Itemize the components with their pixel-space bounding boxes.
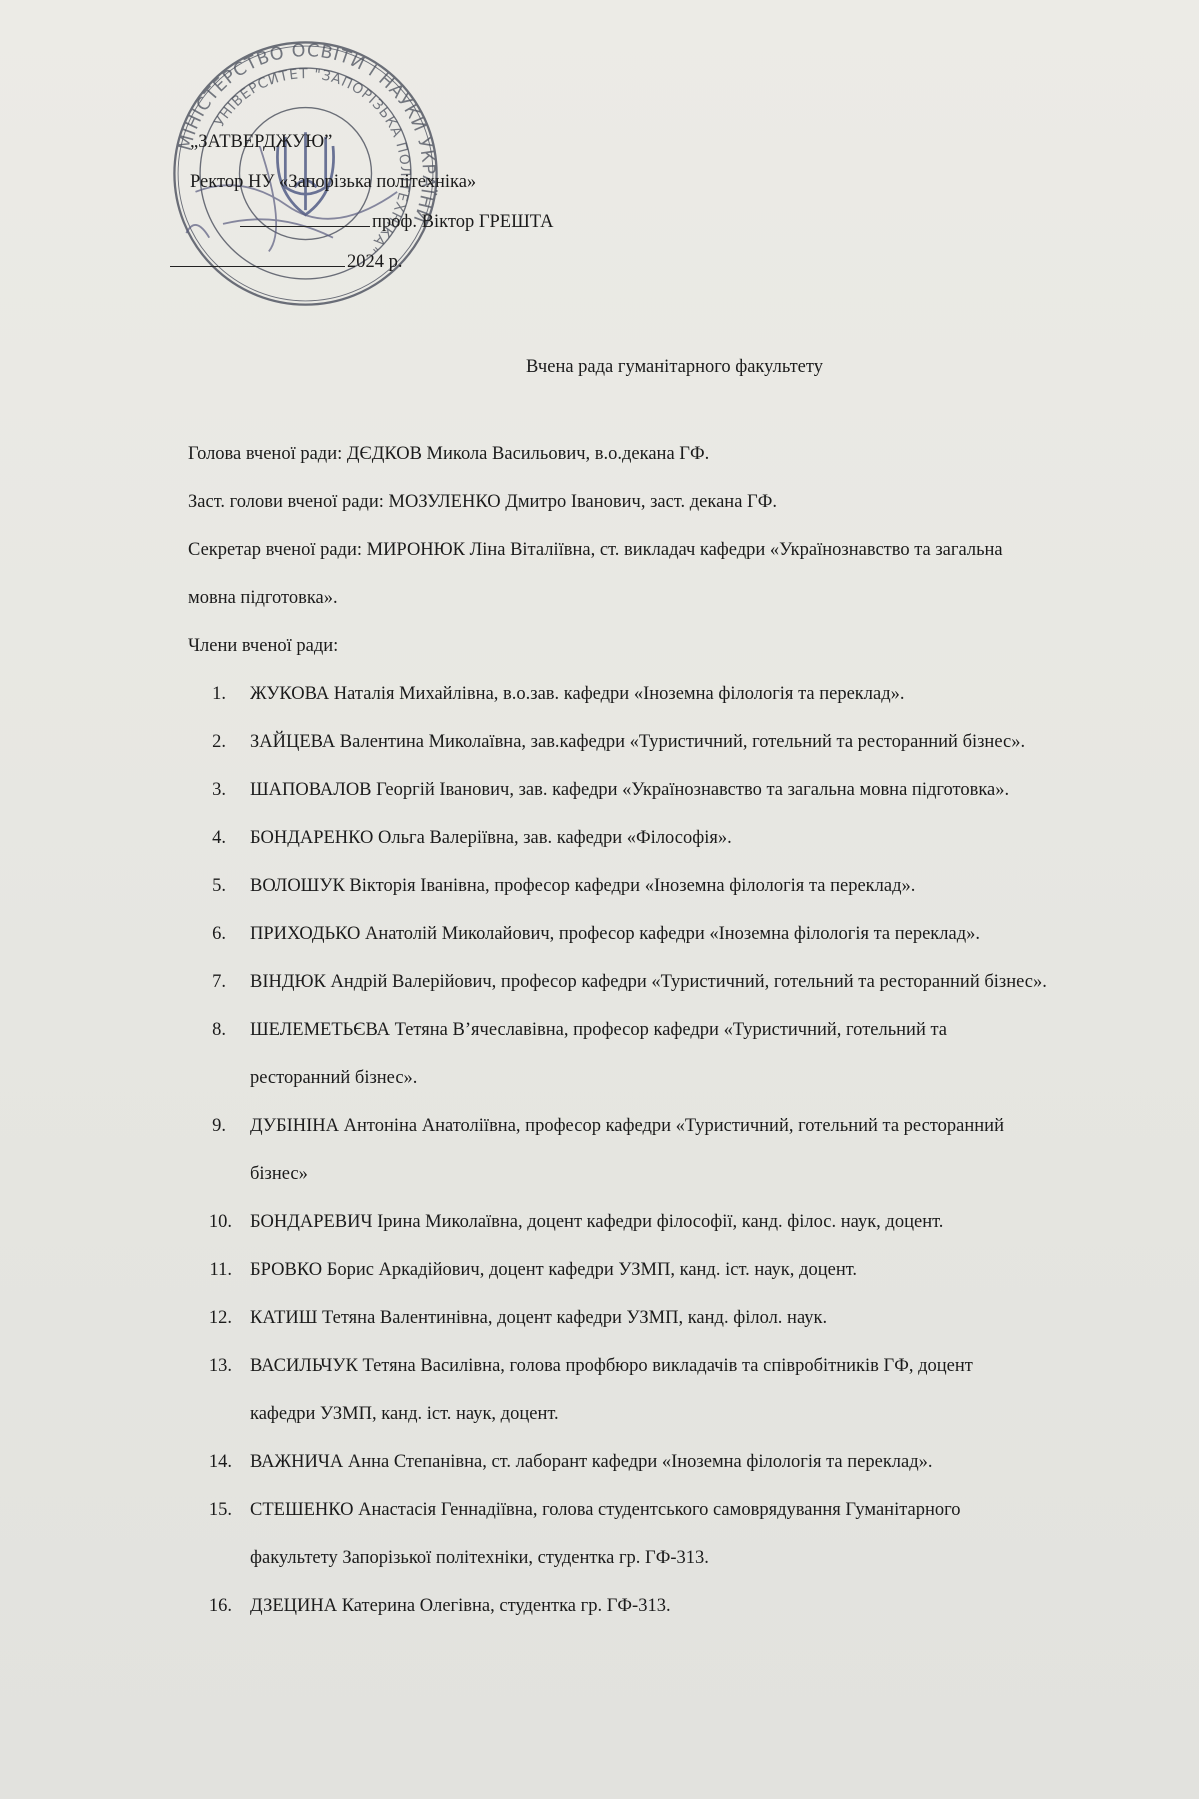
member-text: ВІНДЮК Андрій Валерійович, професор кафе… (250, 958, 1178, 1006)
member-item: 12.КАТИШ Тетяна Валентинівна, доцент каф… (188, 1294, 1178, 1342)
member-item: 4.БОНДАРЕНКО Ольга Валеріївна, зав. кафе… (188, 814, 1178, 862)
member-number: 16. (209, 1582, 232, 1630)
document-page: МІНІСТЕРСТВО ОСВІТИ І НАУКИ УКРАЇНИ УНІВ… (0, 0, 1199, 1799)
member-item: 8.ШЕЛЕМЕТЬЄВА Тетяна В’ячеславівна, проф… (188, 1006, 1178, 1102)
member-text: бізнес» (250, 1150, 1178, 1198)
member-number: 15. (209, 1486, 232, 1534)
member-text: ВАСИЛЬЧУК Тетяна Василівна, голова профб… (250, 1342, 1178, 1390)
member-number: 1. (212, 670, 226, 718)
signatory-name: проф. Віктор ГРЕШТА (372, 212, 554, 232)
member-text: ПРИХОДЬКО Анатолій Миколайович, професор… (250, 910, 1178, 958)
member-item: 7.ВІНДЮК Андрій Валерійович, професор ка… (188, 958, 1178, 1006)
member-number: 4. (212, 814, 226, 862)
document-body: Голова вченої ради: ДЄДКОВ Микола Василь… (188, 430, 1178, 1630)
member-number: 6. (212, 910, 226, 958)
member-text: БОНДАРЕНКО Ольга Валеріївна, зав. кафедр… (250, 814, 1178, 862)
member-text: ВАЖНИЧА Анна Степанівна, ст. лаборант ка… (250, 1438, 1178, 1486)
secretary-line-2: мовна підготовка». (188, 574, 1178, 622)
member-item: 14.ВАЖНИЧА Анна Степанівна, ст. лаборант… (188, 1438, 1178, 1486)
member-text: СТЕШЕНКО Анастасія Геннадіївна, голова с… (250, 1486, 1178, 1534)
approval-heading: „ЗАТВЕРДЖУЮ” (190, 122, 554, 162)
deputy-line: Заст. голови вченої ради: МОЗУЛЕНКО Дмит… (188, 478, 1178, 526)
members-list: 1.ЖУКОВА Наталія Михайлівна, в.о.зав. ка… (188, 670, 1178, 1630)
approval-date-year: 2024 р. (347, 252, 403, 272)
member-number: 11. (210, 1246, 232, 1294)
member-number: 10. (209, 1198, 232, 1246)
member-item: 16.ДЗЕЦИНА Катерина Олегівна, студентка … (188, 1582, 1178, 1630)
member-item: 6.ПРИХОДЬКО Анатолій Миколайович, профес… (188, 910, 1178, 958)
member-text: ДУБІНІНА Антоніна Анатоліївна, професор … (250, 1102, 1178, 1150)
member-item: 11.БРОВКО Борис Аркадійович, доцент кафе… (188, 1246, 1178, 1294)
member-number: 8. (212, 1006, 226, 1054)
member-number: 7. (212, 958, 226, 1006)
member-number: 2. (212, 718, 226, 766)
members-heading: Члени вченої ради: (188, 622, 1178, 670)
member-text: ресторанний бізнес». (250, 1054, 1178, 1102)
member-number: 13. (209, 1342, 232, 1390)
member-item: 9.ДУБІНІНА Антоніна Анатоліївна, професо… (188, 1102, 1178, 1198)
member-text: ДЗЕЦИНА Катерина Олегівна, студентка гр.… (250, 1582, 1178, 1630)
member-number: 5. (212, 862, 226, 910)
member-text: ШАПОВАЛОВ Георгій Іванович, зав. кафедри… (250, 766, 1178, 814)
member-text: ЗАЙЦЕВА Валентина Миколаївна, зав.кафедр… (250, 718, 1178, 766)
member-item: 2.ЗАЙЦЕВА Валентина Миколаївна, зав.кафе… (188, 718, 1178, 766)
member-text: факультету Запорізької політехніки, студ… (250, 1534, 1178, 1582)
member-text: БРОВКО Борис Аркадійович, доцент кафедри… (250, 1246, 1178, 1294)
member-number: 12. (209, 1294, 232, 1342)
date-line (170, 266, 345, 267)
member-number: 9. (212, 1102, 226, 1150)
member-text: ШЕЛЕМЕТЬЄВА Тетяна В’ячеславівна, профес… (250, 1006, 1178, 1054)
member-item: 10.БОНДАРЕВИЧ Ірина Миколаївна, доцент к… (188, 1198, 1178, 1246)
member-number: 14. (209, 1438, 232, 1486)
member-item: 3.ШАПОВАЛОВ Георгій Іванович, зав. кафед… (188, 766, 1178, 814)
member-text: ЖУКОВА Наталія Михайлівна, в.о.зав. кафе… (250, 670, 1178, 718)
member-text: КАТИШ Тетяна Валентинівна, доцент кафедр… (250, 1294, 1178, 1342)
member-item: 13.ВАСИЛЬЧУК Тетяна Василівна, голова пр… (188, 1342, 1178, 1438)
member-item: 15.СТЕШЕНКО Анастасія Геннадіївна, голов… (188, 1486, 1178, 1582)
member-text: кафедри УЗМП, канд. іст. наук, доцент. (250, 1390, 1178, 1438)
member-item: 1.ЖУКОВА Наталія Михайлівна, в.о.зав. ка… (188, 670, 1178, 718)
rector-position: Ректор НУ «Запорізька політехніка» (190, 162, 554, 202)
secretary-line-1: Секретар вченої ради: МИРОНЮК Ліна Вітал… (188, 526, 1178, 574)
chair-line: Голова вченої ради: ДЄДКОВ Микола Василь… (188, 430, 1178, 478)
member-number: 3. (212, 766, 226, 814)
approval-block: „ЗАТВЕРДЖУЮ” Ректор НУ «Запорізька політ… (190, 122, 554, 282)
signature-line (240, 226, 370, 227)
member-item: 5.ВОЛОШУК Вікторія Іванівна, професор ка… (188, 862, 1178, 910)
document-title: Вчена рада гуманітарного факультету (0, 357, 1199, 378)
member-text: ВОЛОШУК Вікторія Іванівна, професор кафе… (250, 862, 1178, 910)
member-text: БОНДАРЕВИЧ Ірина Миколаївна, доцент кафе… (250, 1198, 1178, 1246)
